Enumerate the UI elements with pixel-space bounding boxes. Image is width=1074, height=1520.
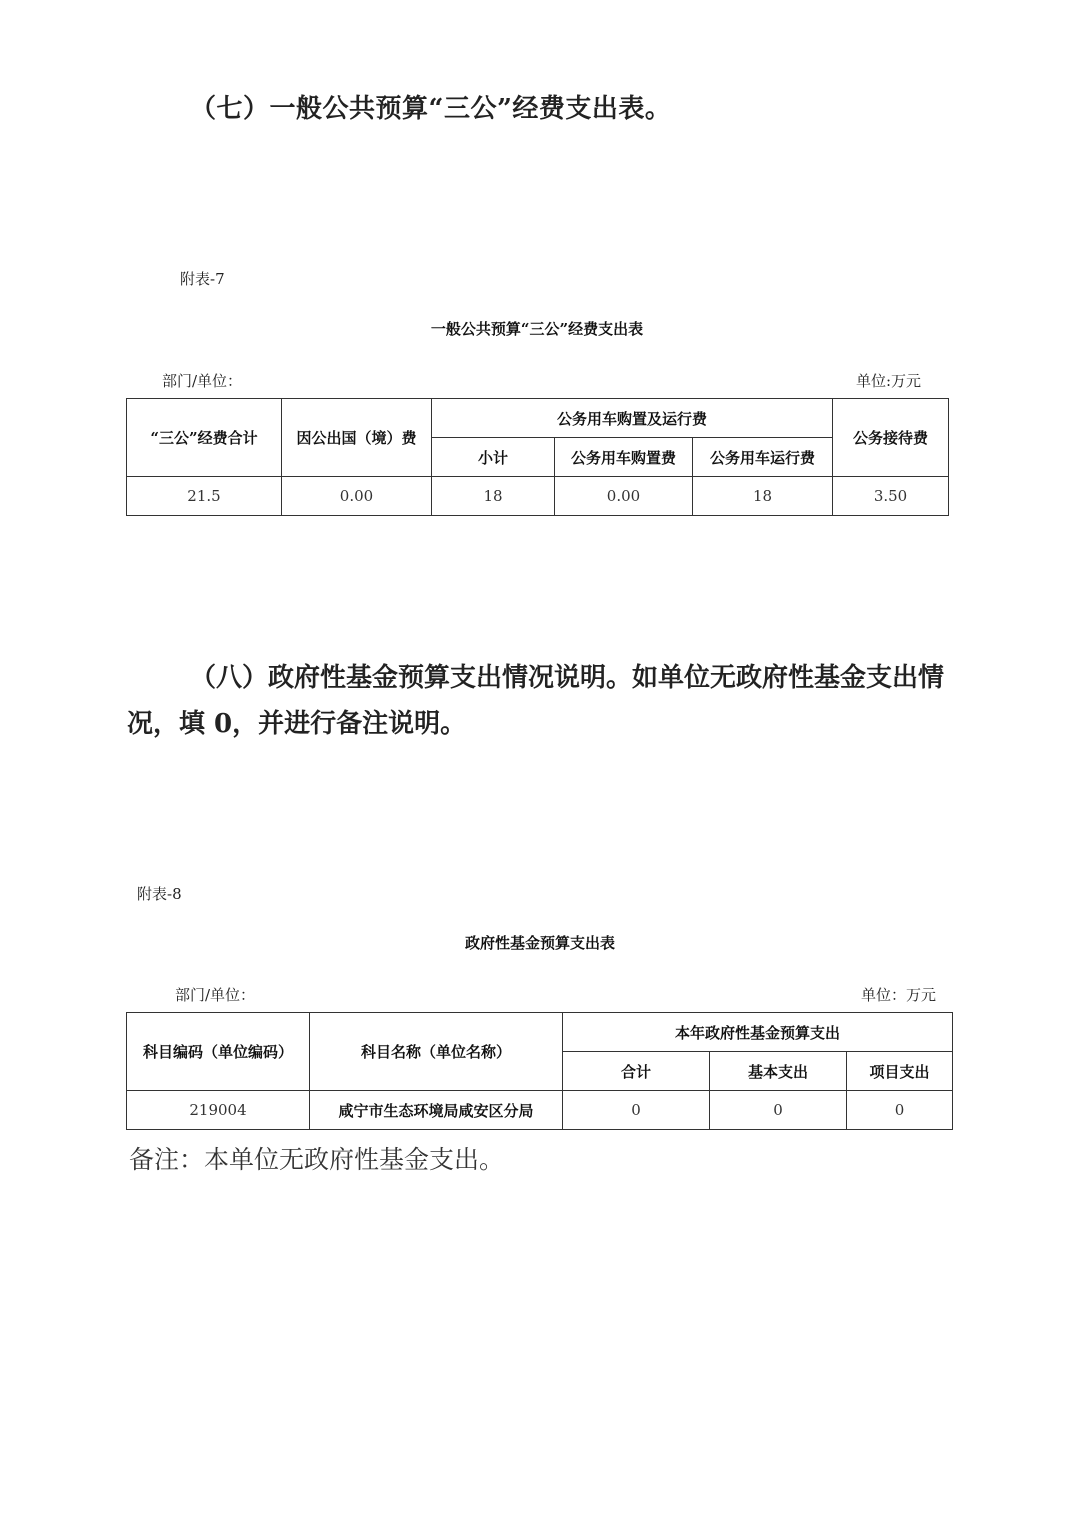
government-fund-table: 科目编码（单位编码） 科目名称（单位名称） 本年政府性基金预算支出 合计 基本支… <box>126 1012 953 1130</box>
table7-dept-label: 部门/单位： <box>162 370 242 391</box>
attachment-label-8: 附表-8 <box>137 883 182 904</box>
cell-code: 219004 <box>127 1091 310 1130</box>
cell-subtotal: 18 <box>432 477 555 516</box>
header-overseas: 因公出国（境）费 <box>282 399 432 477</box>
table-row: 219004 咸宁市生态环境局咸安区分局 0 0 0 <box>127 1091 953 1130</box>
header-subtotal: 小计 <box>432 438 555 477</box>
table8-title: 政府性基金预算支出表 <box>0 932 1074 953</box>
cell-reception: 3.50 <box>833 477 949 516</box>
header-vehicle-operation: 公务用车运行费 <box>693 438 833 477</box>
section8-paragraph-line2: 况，填 0，并进行备注说明。 <box>127 704 466 744</box>
table8-unit-label: 单位：万元 <box>861 984 936 1005</box>
table7-title: 一般公共预算“三公”经费支出表 <box>0 318 1074 339</box>
cell-fund-total: 0 <box>563 1091 710 1130</box>
cell-overseas: 0.00 <box>282 477 432 516</box>
cell-total: 21.5 <box>127 477 282 516</box>
table-row: 21.5 0.00 18 0.00 18 3.50 <box>127 477 949 516</box>
header-name: 科目名称（单位名称） <box>310 1013 563 1091</box>
cell-basic: 0 <box>710 1091 847 1130</box>
header-code: 科目编码（单位编码） <box>127 1013 310 1091</box>
header-basic: 基本支出 <box>710 1052 847 1091</box>
table7-unit-label: 单位:万元 <box>856 370 921 391</box>
header-project: 项目支出 <box>847 1052 953 1091</box>
header-reception: 公务接待费 <box>833 399 949 477</box>
cell-name: 咸宁市生态环境局咸安区分局 <box>310 1091 563 1130</box>
cell-vehicle-purchase: 0.00 <box>555 477 693 516</box>
cell-vehicle-operation: 18 <box>693 477 833 516</box>
cell-project: 0 <box>847 1091 953 1130</box>
header-total: “三公”经费合计 <box>127 399 282 477</box>
section8-note: 备注：本单位无政府性基金支出。 <box>129 1140 504 1176</box>
attachment-label-7: 附表-7 <box>180 268 225 289</box>
header-fund-group: 本年政府性基金预算支出 <box>563 1013 953 1052</box>
header-fund-total: 合计 <box>563 1052 710 1091</box>
section7-heading: （七）一般公共预算“三公”经费支出表。 <box>190 88 671 125</box>
header-vehicle-group: 公务用车购置及运行费 <box>432 399 833 438</box>
three-public-expenses-table: “三公”经费合计 因公出国（境）费 公务用车购置及运行费 公务接待费 小计 公务… <box>126 398 949 516</box>
header-vehicle-purchase: 公务用车购置费 <box>555 438 693 477</box>
section8-paragraph-line1: （八）政府性基金预算支出情况说明。如单位无政府性基金支出情 <box>190 658 944 698</box>
table8-dept-label: 部门/单位： <box>175 984 255 1005</box>
